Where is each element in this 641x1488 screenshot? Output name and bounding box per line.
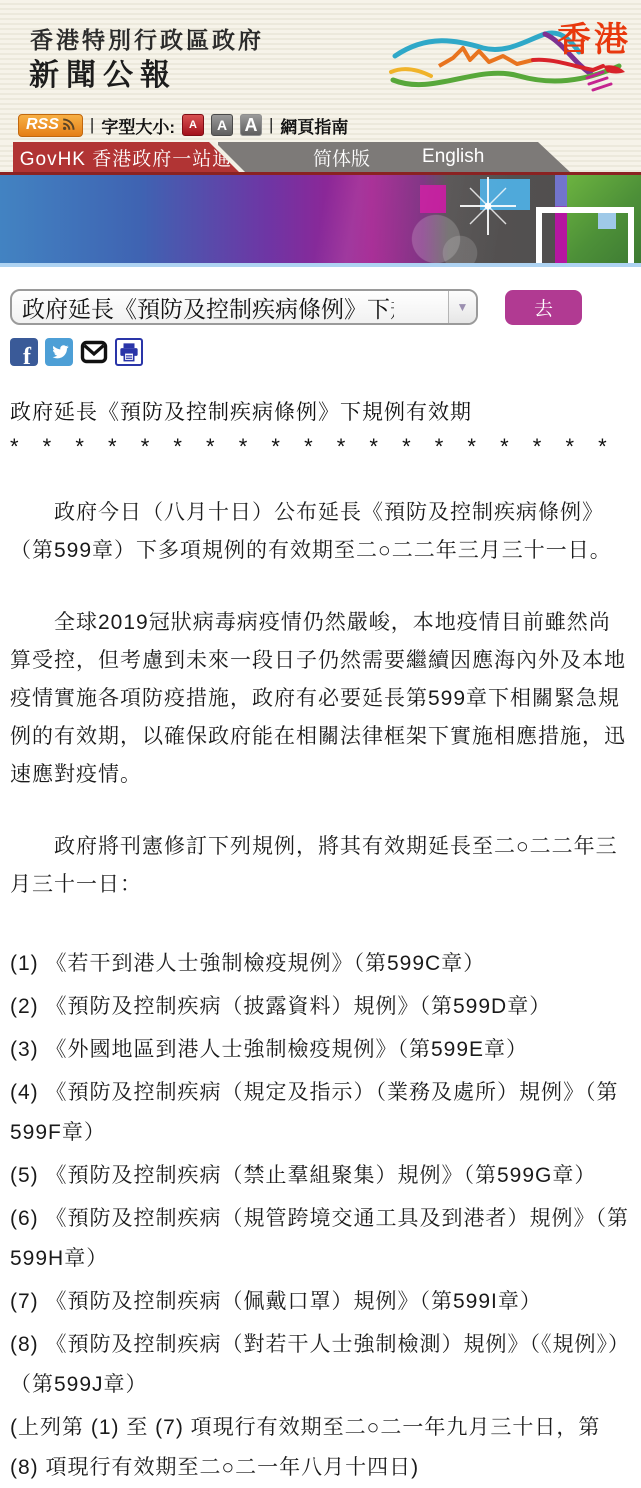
twitter-share-button[interactable] (45, 338, 73, 366)
regulation-item: (2) 《預防及控制疾病（披露資料）規例》（第599D章） (10, 987, 631, 1027)
top-navigation: 简体版 English GovHK 香港政府一站通 (0, 142, 641, 172)
sparkle-icon (457, 175, 519, 237)
tab-govhk[interactable]: GovHK 香港政府一站通 (13, 142, 239, 172)
regulation-item: (6) 《預防及控制疾病（規管跨境交通工具及到港者）規例》（第599H章） (10, 1199, 631, 1279)
font-size-large-button[interactable]: A (240, 114, 262, 136)
language-tab-bar: 简体版 English (218, 142, 570, 172)
banner-circle (408, 211, 464, 263)
banner-green-block (567, 175, 641, 263)
font-size-label: 字型大小: (101, 113, 175, 138)
regulation-item: (4) 《預防及控制疾病（規定及指示）（業務及處所）規例》（第599F章） (10, 1073, 631, 1153)
site-title: 新聞公報 (29, 50, 177, 94)
share-bar: f (10, 338, 631, 366)
article: 政府延長《預防及控制疾病條例》下規例有效期 * * * * * * * * * … (10, 396, 631, 1488)
banner-circle (440, 233, 480, 263)
rss-button[interactable]: RSS (18, 114, 83, 137)
facebook-share-button[interactable]: f (10, 338, 38, 366)
govhk-tab-label: GovHK 香港政府一站通 (20, 144, 233, 171)
press-release-select[interactable]: 政府延長《預防及控制疾病條例》下規例有效期 ▼ (10, 289, 478, 325)
regulation-item: (7) 《預防及控制疾病（佩戴口罩）規例》（第599I章） (10, 1282, 631, 1322)
tab-simplified-chinese[interactable]: 简体版 (313, 144, 370, 171)
site-guide-link[interactable]: 網頁指南 (280, 113, 348, 138)
regulation-item: (5) 《預防及控制疾病（禁止羣組聚集）規例》（第599G章） (10, 1156, 631, 1196)
article-title: 政府延長《預防及控制疾病條例》下規例有效期 (10, 396, 631, 426)
font-size-medium-button[interactable]: A (211, 114, 233, 136)
rss-icon (62, 118, 75, 131)
email-icon (80, 338, 108, 366)
decorative-banner (0, 175, 641, 263)
separator: | (269, 115, 273, 135)
page-header: 香港特別行政區政府 新聞公報 香港 RSS | 字型大小: A A A | 網頁… (0, 0, 641, 142)
asterisk-divider: * * * * * * * * * * * * * * * * * * * * … (10, 434, 631, 460)
select-dropdown-button[interactable]: ▼ (448, 291, 476, 323)
regulation-item: (3) 《外國地區到港人士強制檢疫規例》（第599E章） (10, 1030, 631, 1070)
regulation-item: (1) 《若干到港人士強制檢疫規例》（第599C章） (10, 944, 631, 984)
banner-stripe (555, 175, 568, 263)
banner-magenta-square (420, 185, 446, 213)
banner-small-blue-square (598, 213, 616, 229)
regulation-item: (8) 《預防及控制疾病（對若干人士強制檢測）規例》（《規例》）（第599J章） (10, 1325, 631, 1405)
regulation-note: (上列第 (1) 至 (7) 項現行有效期至二○二一年九月三十日，第 (8) 項… (10, 1408, 631, 1488)
banner-divider (0, 263, 641, 267)
hk-brand-wordmark: 香港 (557, 12, 631, 61)
chevron-down-icon: ▼ (457, 300, 469, 314)
article-paragraph: 全球2019冠狀病毒病疫情仍然嚴峻，本地疫情目前雖然尚算受控，但考慮到未來一段日… (10, 604, 631, 794)
email-share-button[interactable] (80, 338, 108, 366)
rss-label: RSS (26, 116, 59, 134)
facebook-icon: f (23, 344, 31, 367)
twitter-icon (48, 341, 70, 363)
print-button[interactable] (115, 338, 143, 366)
selected-release-text: 政府延長《預防及控制疾病條例》下規例有效期 (12, 291, 394, 324)
article-paragraph: 政府將刊憲修訂下列規例，將其有效期延長至二○二二年三月三十一日： (10, 828, 631, 904)
regulation-list: (1) 《若干到港人士強制檢疫規例》（第599C章）(2) 《預防及控制疾病（披… (10, 944, 631, 1405)
article-body: 政府今日（八月十日）公布延長《預防及控制疾病條例》（第599章）下多項規例的有效… (10, 494, 631, 904)
printer-icon (118, 341, 140, 363)
utility-toolbar: RSS | 字型大小: A A A | 網頁指南 (18, 112, 348, 138)
main-content: 政府延長《預防及控制疾病條例》下規例有效期 ▼ 去 f (0, 289, 641, 1488)
go-button[interactable]: 去 (505, 290, 582, 325)
banner-white-frame (536, 207, 634, 263)
font-size-small-button[interactable]: A (182, 114, 204, 136)
banner-cyan-square (480, 179, 530, 210)
separator: | (90, 115, 94, 135)
release-selector-row: 政府延長《預防及控制疾病條例》下規例有效期 ▼ 去 (10, 289, 631, 325)
tab-english[interactable]: English (422, 146, 484, 168)
article-paragraph: 政府今日（八月十日）公布延長《預防及控制疾病條例》（第599章）下多項規例的有效… (10, 494, 631, 570)
